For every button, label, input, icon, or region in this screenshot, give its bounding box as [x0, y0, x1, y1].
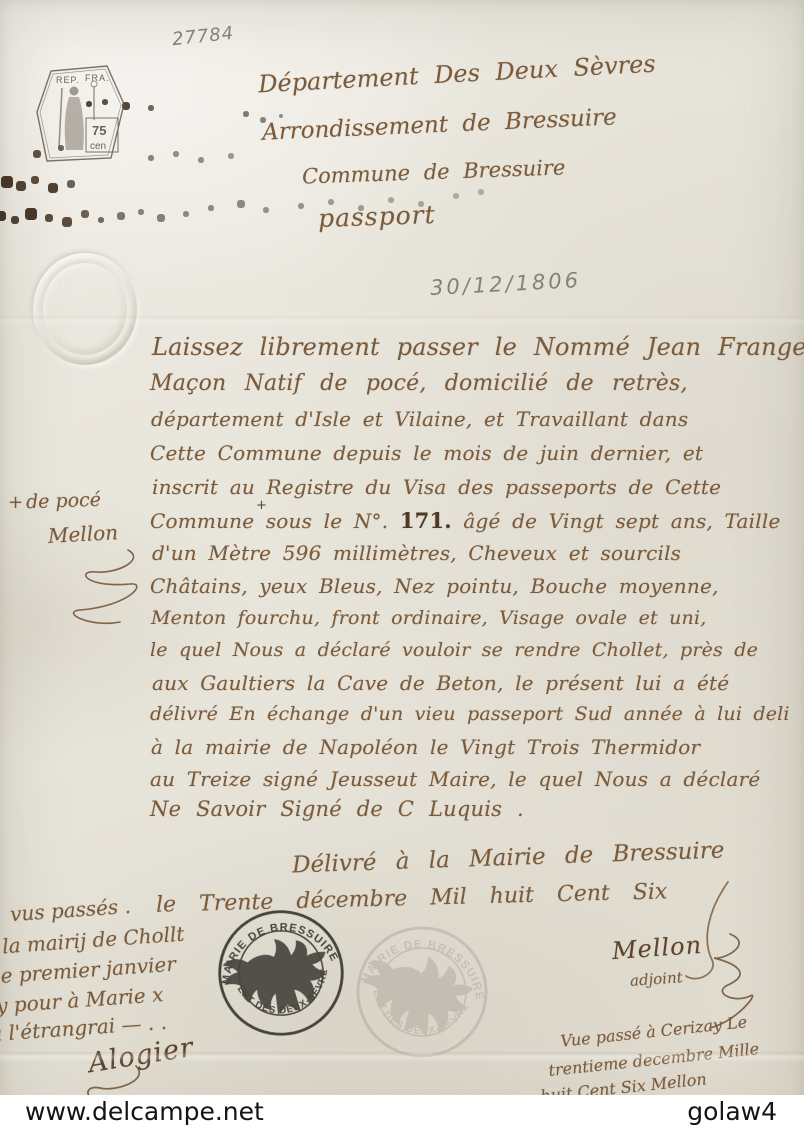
fold-crease: [0, 1052, 804, 1062]
body-line-11: aux Gaultiers la Cave de Beton, le prése…: [152, 671, 729, 695]
margin-note-signature: Mellon: [47, 520, 118, 548]
revenue-stamp-unit: cen: [90, 141, 106, 152]
pencil-reference-number: 27784: [171, 23, 235, 50]
body-line-5: inscrit au Registre du Visa des passepor…: [152, 475, 721, 499]
ink-splatter: [0, 95, 2, 97]
embossed-seal-inner-ring: [43, 263, 127, 355]
signature-title-adjoint: adjoint: [629, 968, 683, 990]
body-line-4: Cette Commune depuis le mois de juin der…: [150, 441, 703, 465]
watermark-bar: www.delcampe.net golaw4: [0, 1095, 804, 1132]
body-line-9: Menton fourchu, front ordinaire, Visage …: [151, 607, 707, 629]
passport-register-number: 171.: [400, 508, 452, 533]
body-line-8: Châtains, yeux Bleus, Nez pointu, Bouche…: [150, 574, 719, 598]
header-line-departement: Département Des Deux Sèvres: [258, 50, 657, 99]
body-line-6-post: âgé de Vingt sept ans, Taille: [463, 509, 780, 533]
pencil-date: 30/12/1806: [429, 268, 581, 300]
body-line-10: le quel Nous a déclaré vouloir se rendre…: [150, 639, 758, 661]
revenue-stamp-fra-label: FRA.: [85, 73, 110, 83]
body-line-15: Ne Savoir Signé de C Luquis .: [150, 797, 524, 821]
mairie-bressuire-stamp: MAIRIE DE BRESSUIRE DEPT DES DEUX-SEVRES: [202, 894, 361, 1053]
revenue-stamp-rep-label: REP.: [56, 75, 80, 85]
body-line-14: au Treize signé Jeusseut Maire, le quel …: [150, 767, 760, 791]
body-line-3: département d'Isle et Vilaine, et Travai…: [151, 407, 688, 431]
body-line-12: délivré En échange d'un vieu passeport S…: [150, 703, 790, 725]
margin-paraph-flourish: [50, 548, 160, 638]
margin-note-text: de pocé: [26, 489, 102, 514]
closing-line-1: Délivré à la Mairie de Bressuire: [292, 837, 725, 878]
header-line-commune: Commune de Bressuire: [302, 155, 566, 188]
fold-crease-upper: [0, 316, 804, 326]
liberty-figure: [59, 81, 97, 150]
header-line-passport: passport: [318, 200, 437, 233]
body-line-2: Maçon Natif de pocé, domicilié de retrès…: [150, 371, 688, 396]
revenue-stamp-value: 75: [92, 123, 106, 138]
header-line-arrondissement: Arrondissement de Bressuire: [262, 104, 618, 145]
watermark-site: www.delcampe.net: [25, 1097, 264, 1126]
body-line-1: Laissez librement passer le Nommé Jean F…: [152, 333, 804, 361]
body-line-6-pre: Commune sous le N°.: [150, 509, 388, 533]
body-line-6: Commune sous le N°. 171. âgé de Vingt se…: [150, 508, 780, 533]
body-line-7: d'un Mètre 596 millimètres, Cheveux et s…: [152, 541, 681, 565]
revenue-stamp: REP. FRA. 75 cen: [28, 58, 130, 172]
watermark-user: golaw4: [687, 1097, 777, 1126]
marginalia-line-1: vus passés .: [9, 894, 131, 926]
document-page: REP. FRA. 75 cen 27784 Département Des D…: [0, 0, 804, 1132]
closing-line-2: le Trente décembre Mil huit Cent Six: [156, 879, 668, 917]
margin-note-mark: +: [8, 492, 23, 513]
body-line-13: à la mairie de Napoléon le Vingt Trois T…: [151, 735, 700, 759]
faint-ghost-stamp: MAIRIE DE BRESSUIRE DEPT DES DEUX-SEVRES: [342, 912, 502, 1072]
